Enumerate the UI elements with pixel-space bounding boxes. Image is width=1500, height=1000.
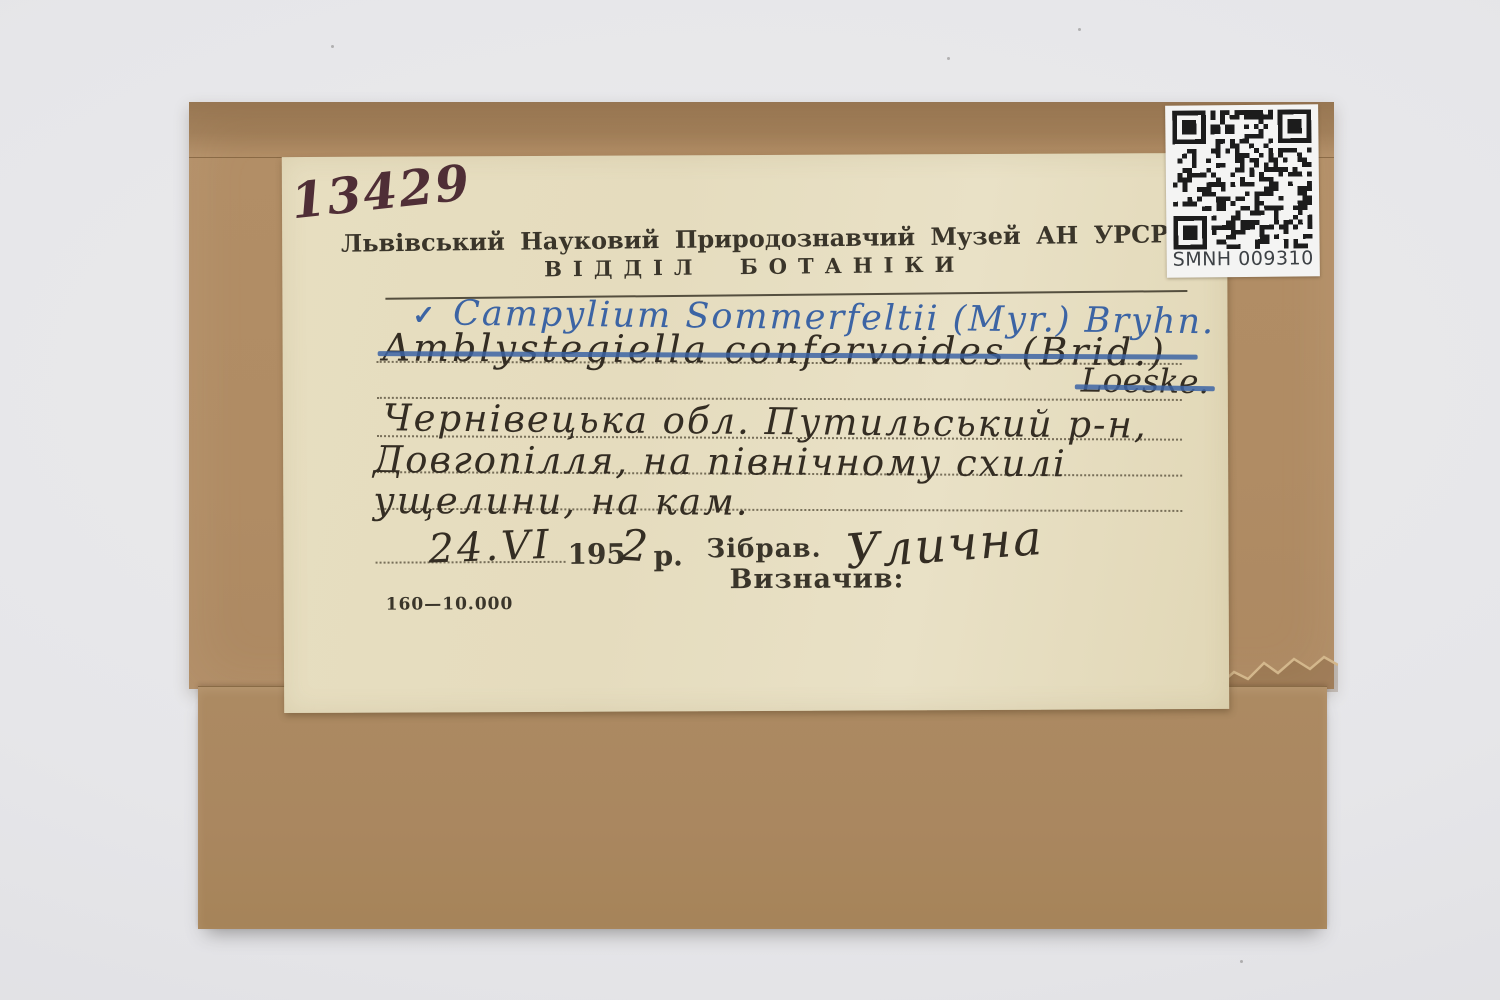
collection-date: 24.VI <box>428 524 553 571</box>
envelope-fold-edge <box>189 103 1334 158</box>
barcode-sticker: SMNH 009310 <box>1165 104 1320 278</box>
print-run-code: 160—10.000 <box>386 596 514 614</box>
herbarium-label: 13429 Львівський Науковий Природознавчий… <box>282 153 1229 713</box>
dust-speck <box>1078 28 1081 31</box>
locality-line: ущелини, на кам. <box>373 482 749 522</box>
locality-line: Довгопілля, на північному схилі <box>373 441 1067 484</box>
dust-speck <box>1240 960 1243 963</box>
collected-by-label: Зібрав. <box>706 536 821 564</box>
year-digit: 2 <box>619 524 649 571</box>
dust-speck <box>331 45 334 48</box>
qr-code-icon <box>1172 109 1312 249</box>
printed-year: 195 <box>567 540 626 570</box>
envelope-front-panel <box>198 686 1327 929</box>
year-suffix: р. <box>653 541 682 571</box>
museum-header: Львівський Науковий Природознавчий Музей… <box>282 221 1227 257</box>
specimen-code: SMNH 009310 <box>1167 247 1320 271</box>
determiner-signature: Улична <box>844 513 1045 578</box>
dust-speck <box>947 57 950 60</box>
accession-number: 13429 <box>289 157 474 228</box>
determination-original-author: Loeske. <box>1081 363 1210 399</box>
specimen-photo: 13429 Львівський Науковий Природознавчий… <box>0 0 1500 1000</box>
